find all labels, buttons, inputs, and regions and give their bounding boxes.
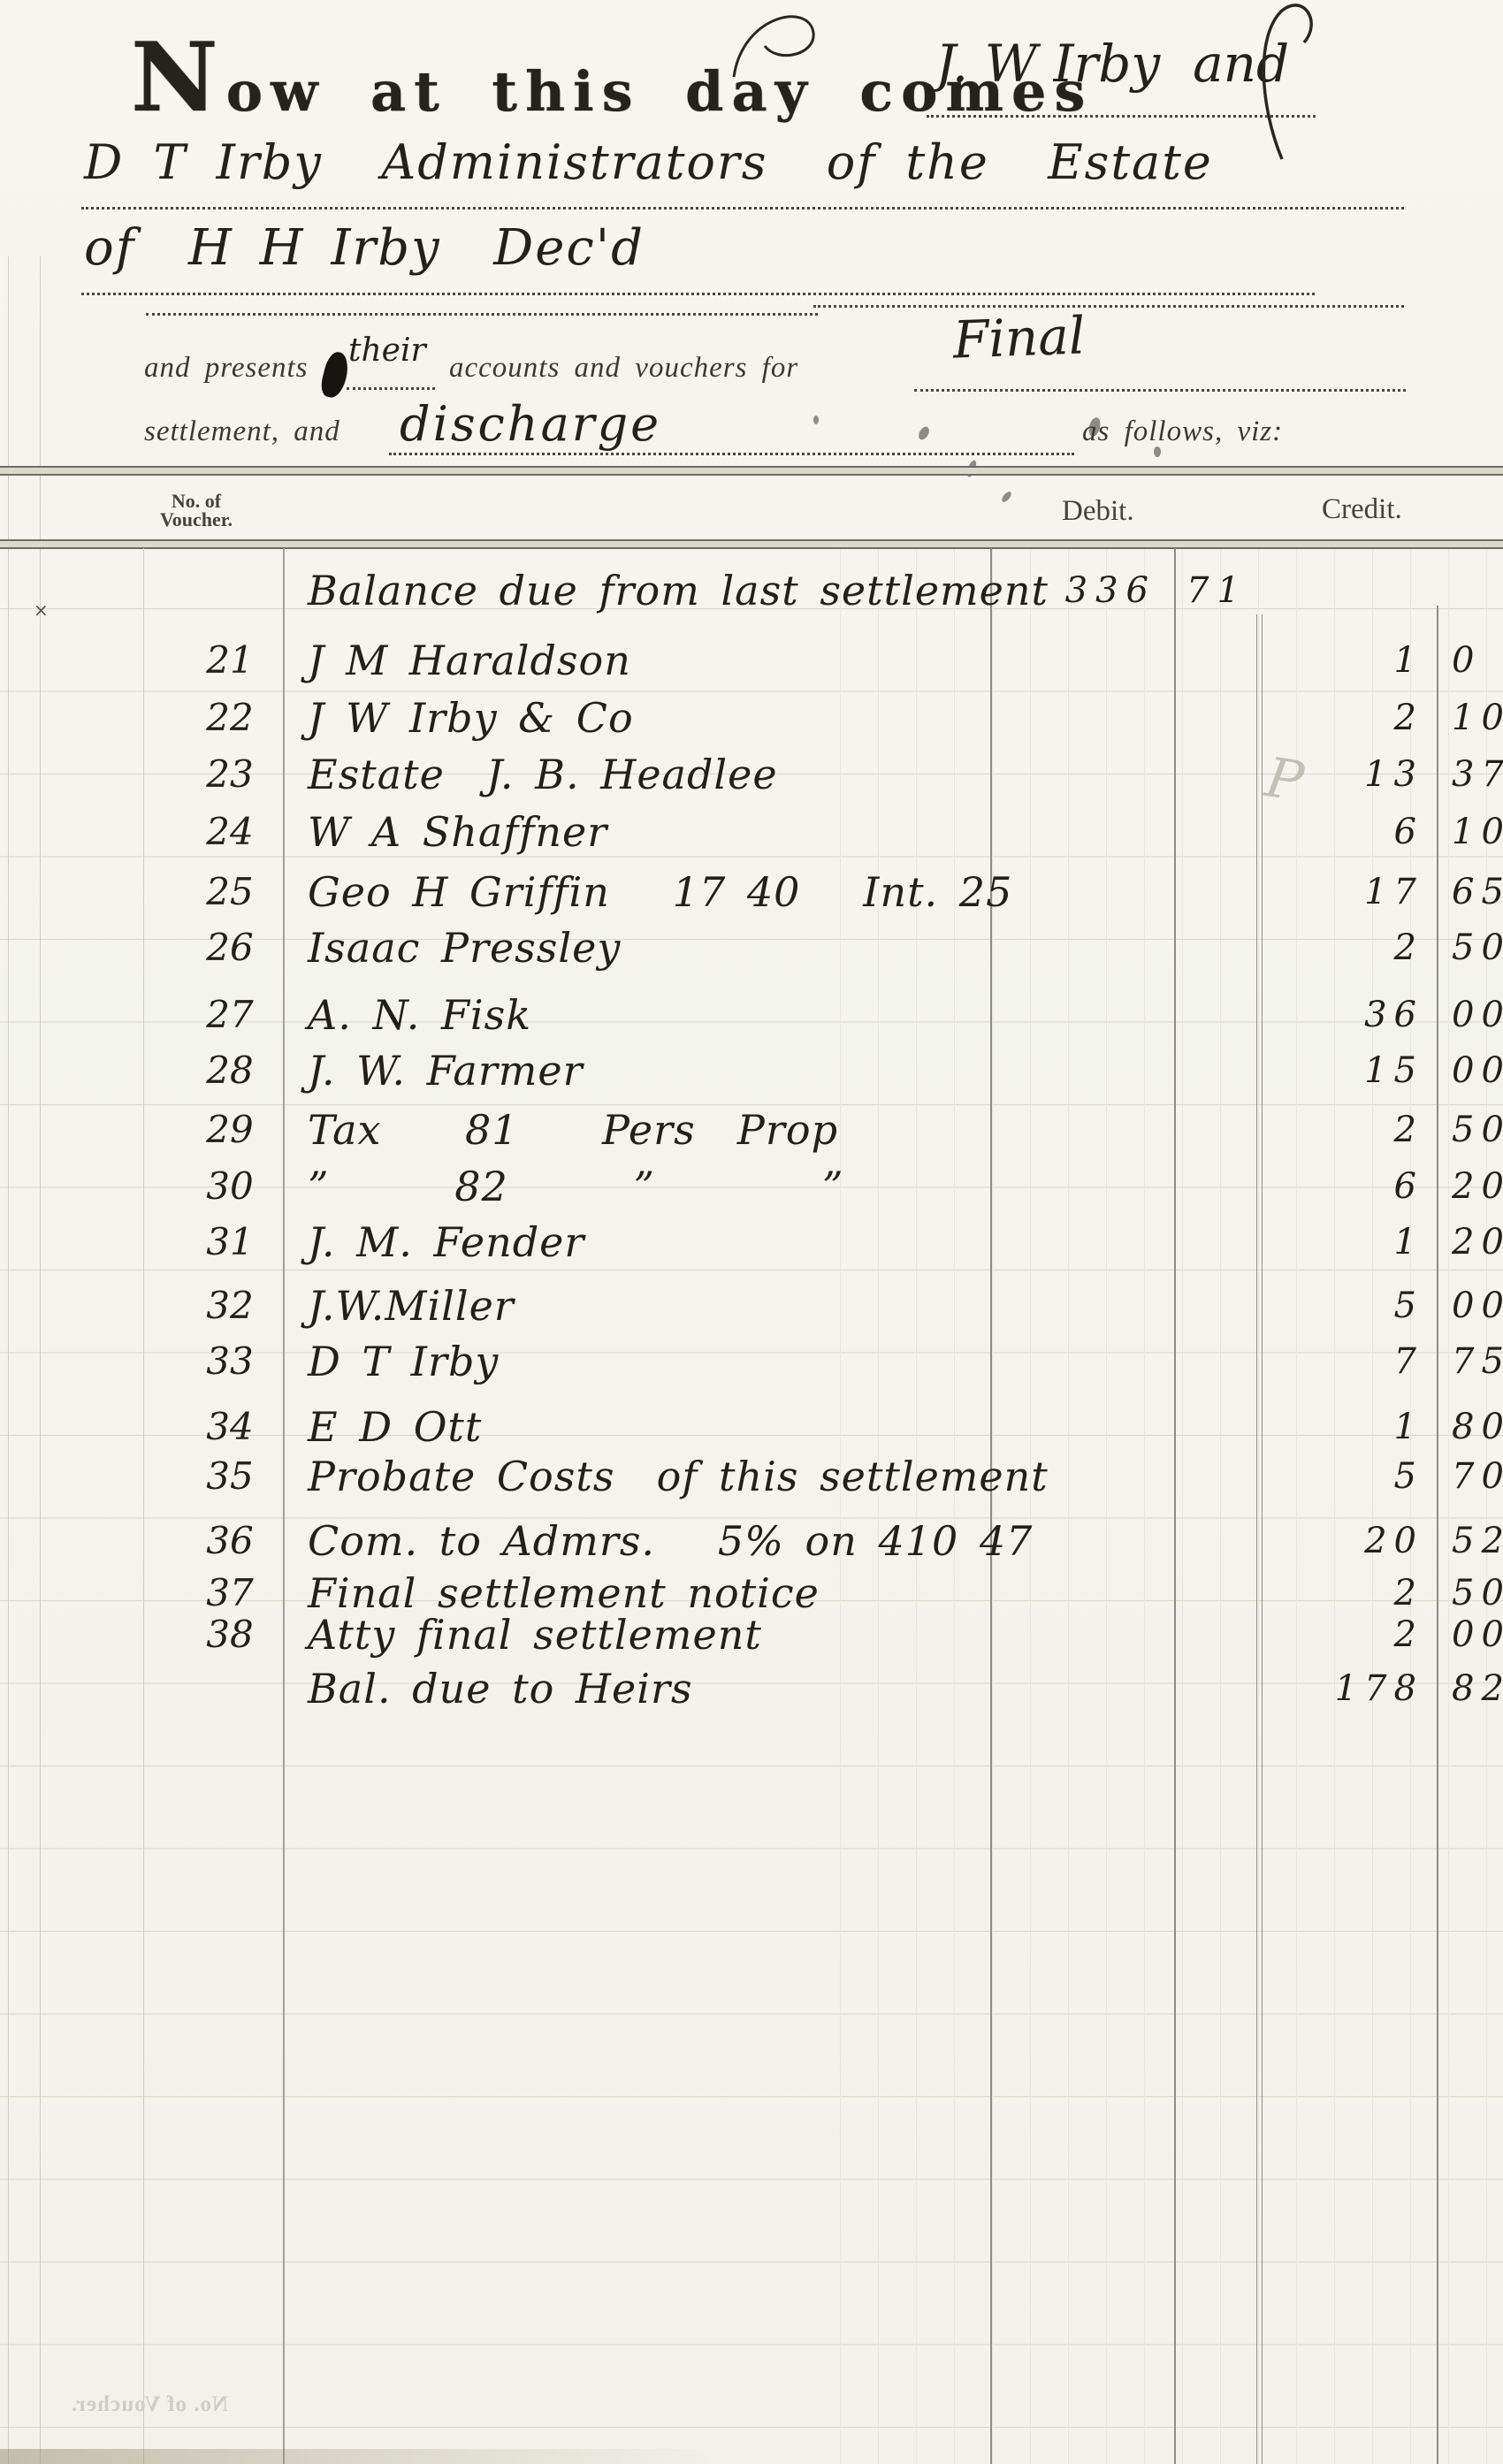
table-row: 21 J M Haraldson 1 0 [0, 629, 1503, 691]
row-description: Probate Costs of this settlement [308, 1446, 1049, 1507]
table-row: 31 J. M. Fender 1 20 [0, 1211, 1503, 1273]
double-rule [0, 539, 1503, 549]
credit-cents: 70 [1452, 1446, 1503, 1507]
credit-dollars: 15 [1263, 1040, 1423, 1102]
table-row: 27 A. N. Fisk 36 00 [0, 984, 1503, 1046]
credit-dollars: 2 [1263, 917, 1423, 979]
row-description: J. W. Farmer [308, 1040, 584, 1102]
row-description: J M Haraldson [308, 629, 631, 691]
printed-presents-b: accounts and vouchers for [449, 352, 798, 385]
write-line [389, 453, 1074, 455]
credit-cents: 50 [1452, 1099, 1503, 1161]
write-line [813, 305, 1404, 308]
table-row: 33 D T Irby 7 75 [0, 1331, 1503, 1392]
row-description: Estate J. B. Headlee [308, 744, 778, 805]
row-description: W A Shaffner [308, 801, 607, 863]
row-description: D T Irby [308, 1331, 499, 1392]
credit-cents: 75 [1452, 1331, 1503, 1392]
bleedthrough-text: No. of Voucher. [71, 2392, 228, 2417]
table-row: 26 Isaac Pressley 2 50 [0, 917, 1503, 979]
printed-as-follows: as follows, viz: [1082, 416, 1283, 448]
credit-cents: 00 [1452, 1040, 1503, 1102]
voucher-number: 33 [181, 1331, 278, 1392]
credit-cents: 20 [1452, 1156, 1503, 1217]
row-description: Geo H Griffin 17 40 Int. 25 [308, 861, 1012, 923]
ink-blot [318, 350, 352, 400]
table-row: 32 J.W.Miller 5 00 [0, 1275, 1503, 1337]
credit-dollars: 178 [1263, 1658, 1423, 1720]
ledger-page: Now at this day comes J. W Irby and D T … [0, 0, 1503, 2464]
pen-flourish [1233, 0, 1331, 164]
handwritten-final: Final [952, 305, 1087, 370]
ink-speck [1154, 446, 1161, 457]
table-row: 28 J. W. Farmer 15 00 [0, 1040, 1503, 1102]
voucher-number: 23 [181, 744, 278, 805]
table-row: 38 Atty final settlement 2 00 [0, 1604, 1503, 1666]
ink-speck [917, 425, 932, 442]
column-header-voucher: No. of Voucher. [143, 492, 249, 529]
credit-dollars: 2 [1263, 687, 1423, 749]
table-row: 29 Tax 81 Pers Prop 2 50 [0, 1099, 1503, 1161]
row-description: Isaac Pressley [308, 917, 621, 979]
voucher-number: 30 [181, 1156, 278, 1217]
voucher-number: 25 [181, 861, 278, 923]
row-description: A. N. Fisk [308, 984, 531, 1046]
handwritten-administrators-of-estate: D T Irby Administrators of the Estate [84, 134, 1213, 190]
credit-dollars: 5 [1263, 1275, 1423, 1337]
voucher-number: 21 [181, 629, 278, 691]
credit-cents: 20 [1452, 1211, 1503, 1273]
row-description: Bal. due to Heirs [308, 1658, 693, 1720]
credit-dollars: 5 [1263, 1446, 1423, 1507]
row-description: ” 82 ” ” [308, 1156, 844, 1217]
row-description: J. M. Fender [308, 1211, 584, 1273]
pen-flourish [725, 2, 831, 81]
write-line [81, 207, 1404, 210]
voucher-number: 22 [181, 687, 278, 749]
table-row: Balance due from last settlement 336 71 [0, 560, 1503, 622]
table-row: 25 Geo H Griffin 17 40 Int. 25 17 65 [0, 861, 1503, 923]
credit-cents: 37 [1452, 744, 1503, 805]
voucher-number: 26 [181, 917, 278, 979]
credit-dollars: 1 [1263, 629, 1423, 691]
column-header-debit: Debit. [1062, 495, 1134, 528]
credit-cents: 10 [1452, 687, 1503, 749]
table-row: 30 ” 82 ” ” 6 20 [0, 1156, 1503, 1217]
handwritten-discharge: discharge [400, 396, 661, 452]
row-description: J.W.Miller [308, 1275, 515, 1337]
credit-cents: 00 [1452, 1275, 1503, 1337]
row-description: J W Irby & Co [308, 687, 634, 749]
credit-cents: 82 [1452, 1658, 1503, 1720]
credit-dollars: 36 [1263, 984, 1423, 1046]
write-line [81, 293, 1315, 295]
voucher-number: 29 [181, 1099, 278, 1161]
credit-dollars: 7 [1263, 1331, 1423, 1392]
column-header-credit: Credit. [1322, 493, 1402, 526]
double-rule [0, 466, 1503, 476]
debit-dollars: 336 [999, 560, 1156, 622]
credit-dollars: 6 [1263, 1156, 1423, 1217]
voucher-number: 28 [181, 1040, 278, 1102]
handwritten-decedent-name: of H H Irby Dec'd [84, 219, 645, 277]
inserted-word-their: their [348, 332, 426, 369]
table-row: Bal. due to Heirs 178 82 [0, 1658, 1503, 1720]
voucher-header-line2: Voucher. [160, 508, 233, 530]
voucher-number: 24 [181, 801, 278, 863]
credit-cents: 65 [1452, 861, 1503, 923]
ink-speck [813, 416, 819, 424]
debit-cents: 71 [1186, 560, 1247, 622]
printed-presents-a: and presents [144, 352, 309, 385]
row-description: Balance due from last settlement [308, 560, 1049, 622]
credit-dollars: 2 [1263, 1099, 1423, 1161]
write-line [914, 389, 1406, 392]
row-description: Atty final settlement [308, 1604, 762, 1666]
voucher-number: 35 [181, 1446, 278, 1507]
credit-cents: 0 [1452, 629, 1481, 691]
stray-mark: × [34, 599, 49, 621]
table-row: 35 Probate Costs of this settlement 5 70 [0, 1446, 1503, 1507]
voucher-number: 31 [181, 1211, 278, 1273]
printed-settlement: settlement, and [144, 416, 340, 448]
voucher-number: 32 [181, 1275, 278, 1337]
credit-cents: 50 [1452, 917, 1503, 979]
ink-speck [1000, 490, 1012, 503]
page-bottom-edge [0, 2449, 725, 2464]
credit-cents: 00 [1452, 984, 1503, 1046]
credit-dollars: 17 [1263, 861, 1423, 923]
write-line [347, 387, 435, 390]
write-line [146, 313, 818, 316]
credit-dollars: 2 [1263, 1604, 1423, 1666]
row-description: Tax 81 Pers Prop [308, 1099, 838, 1161]
voucher-number: 38 [181, 1604, 278, 1666]
voucher-number: 27 [181, 984, 278, 1046]
credit-cents: 00 [1452, 1604, 1503, 1666]
table-row: 22 J W Irby & Co 2 10 [0, 687, 1503, 749]
credit-dollars: 1 [1263, 1211, 1423, 1273]
credit-cents: 10 [1452, 801, 1503, 863]
